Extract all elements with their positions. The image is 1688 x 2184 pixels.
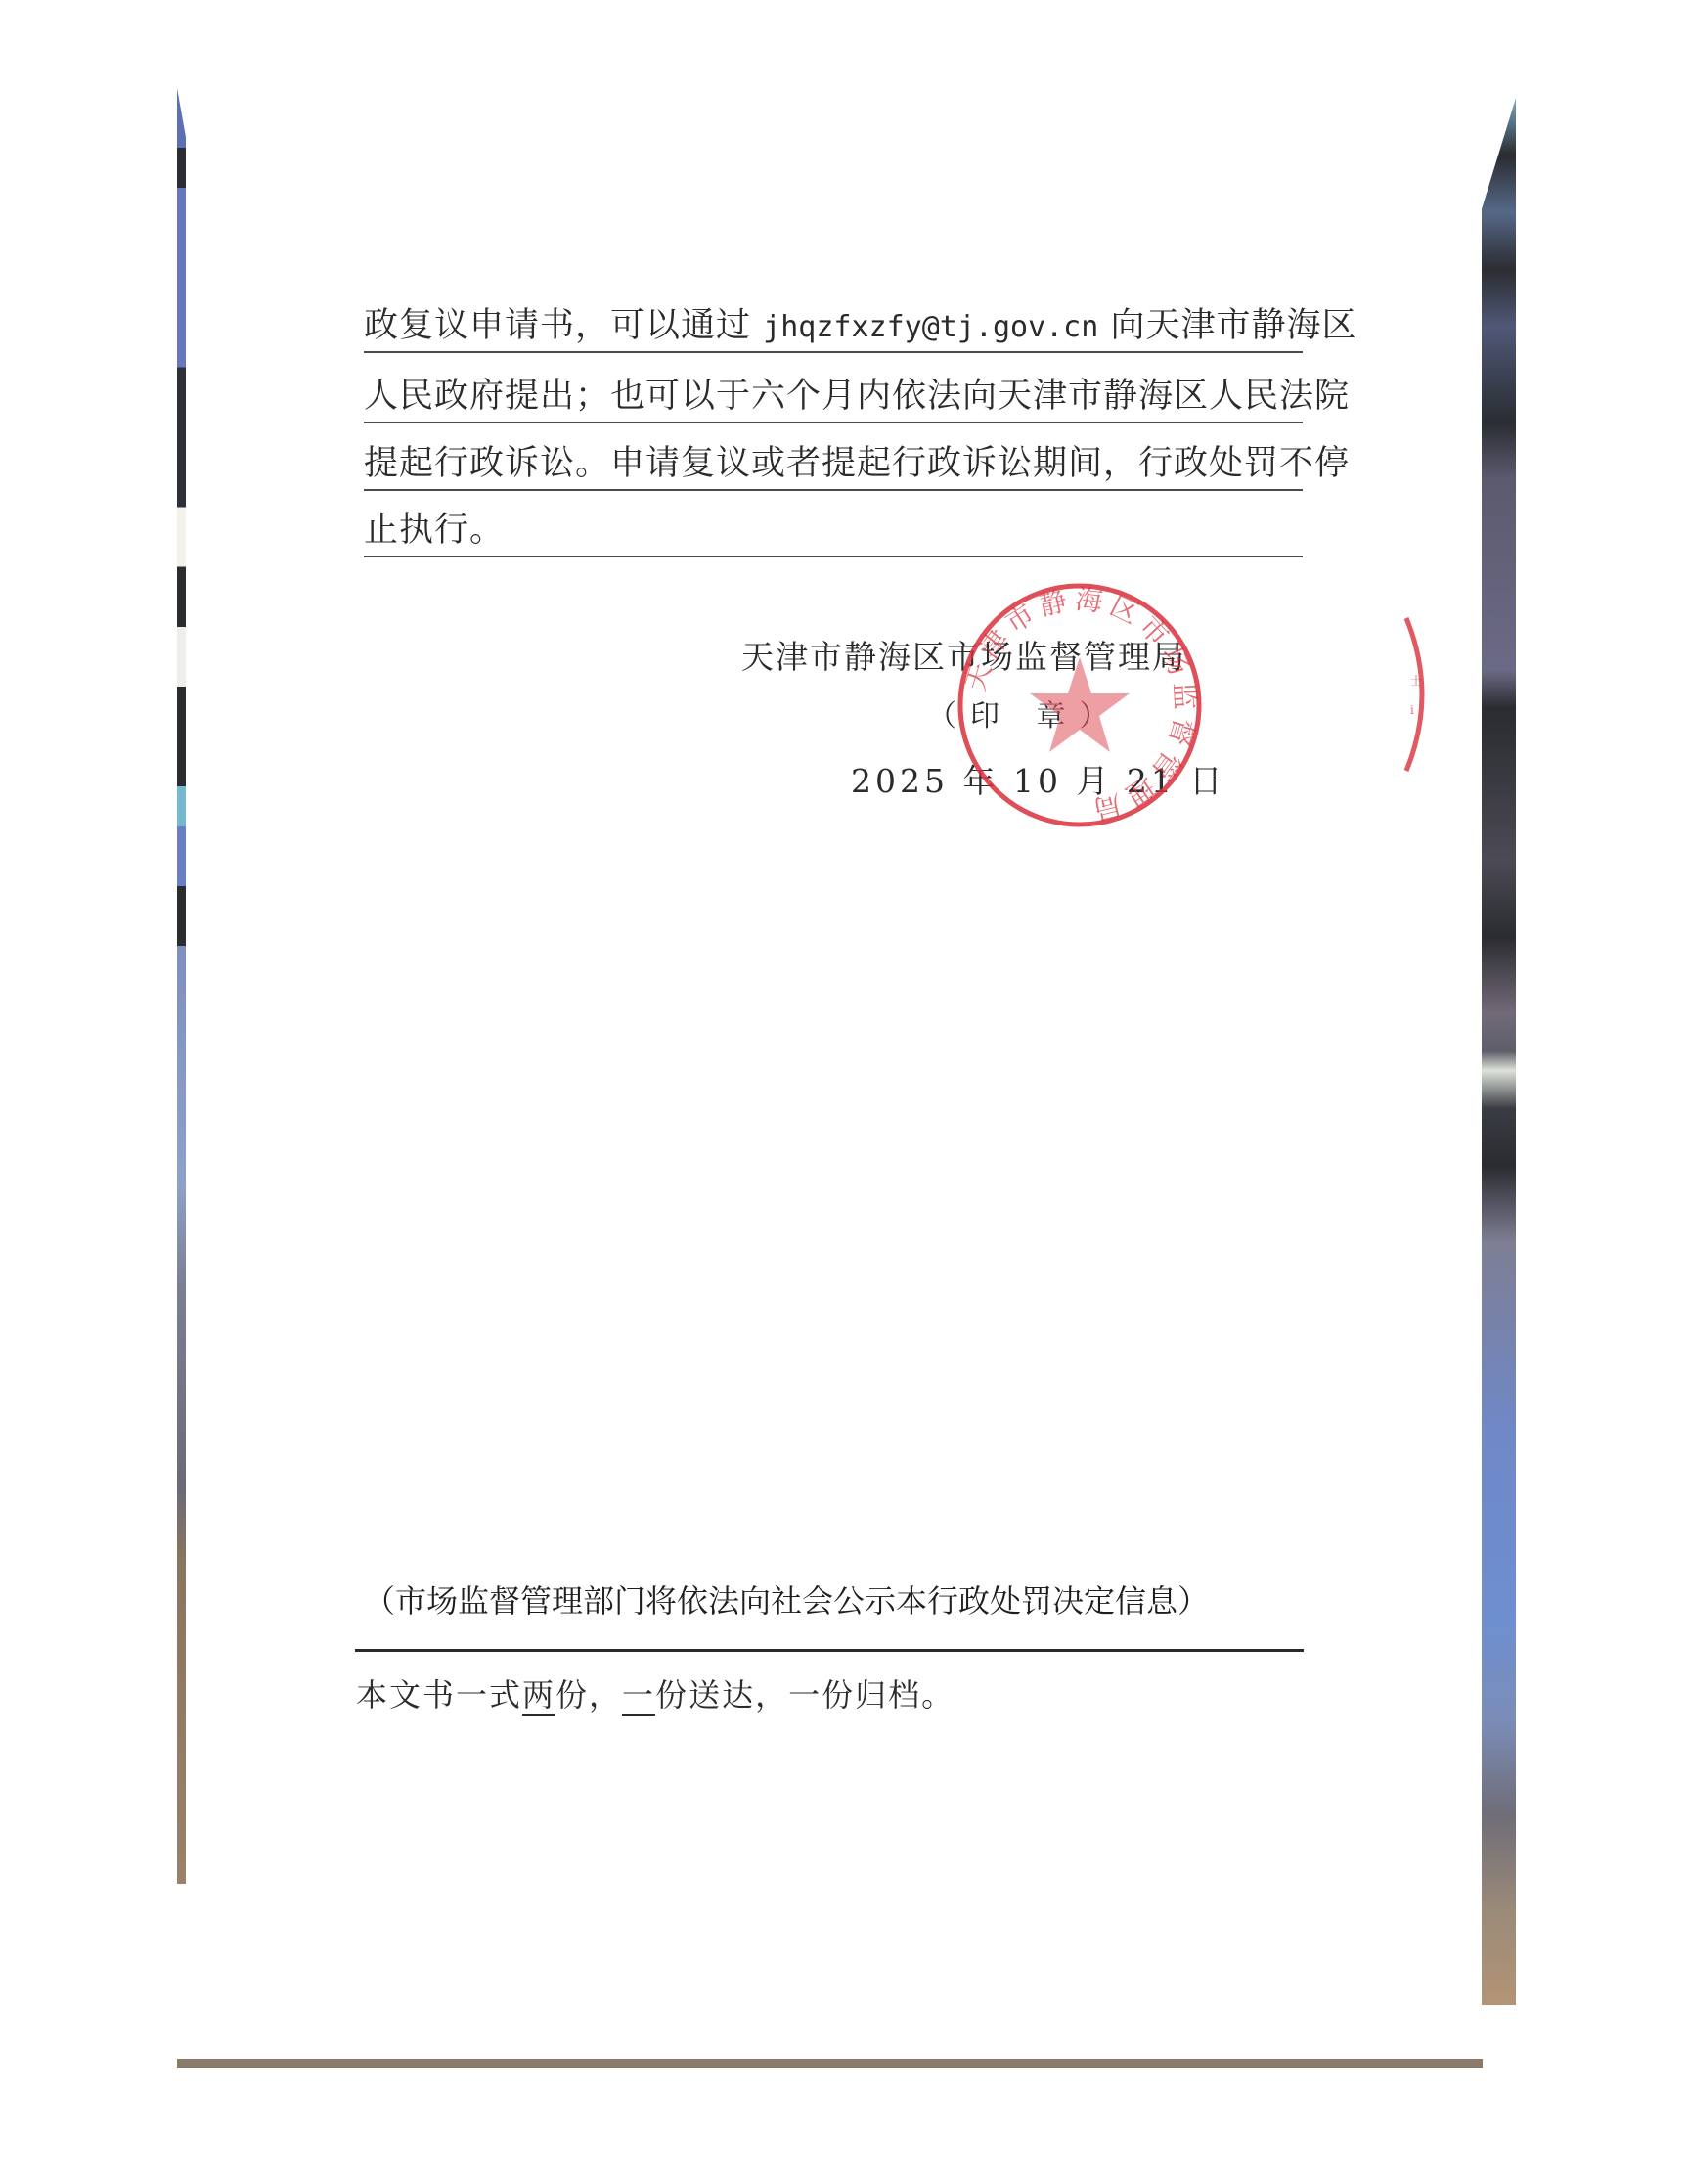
body-line-1-after: 向天津市静海区 bbox=[1098, 306, 1356, 345]
svg-text:士: 士 bbox=[1410, 674, 1422, 688]
body-line-3-text: 提起行政诉讼。申请复议或者提起行政诉讼期间，行政处罚不停 bbox=[364, 436, 1303, 491]
email-address: jhqzfxzfy@tj.gov.cn bbox=[763, 310, 1098, 344]
body-line-1-before: 政复议申请书，可以通过 bbox=[364, 306, 763, 345]
copies-note-part: 份送达，一份归档。 bbox=[655, 1676, 955, 1714]
svg-text:i: i bbox=[1410, 703, 1414, 717]
official-seal-stamp-icon: 天津市静海区市场监督管理局 bbox=[954, 579, 1206, 831]
copies-note: 本文书一式两份，一份送达，一份归档。 bbox=[356, 1671, 955, 1716]
copies-note-underlined: 两 bbox=[522, 1676, 555, 1716]
publicity-notice: （市场监督管理部门将依法向社会公示本行政处罚决定信息） bbox=[364, 1577, 1209, 1622]
body-line-1: 政复议申请书，可以通过 jhqzfxzfy@tj.gov.cn 向天津市静海区 bbox=[364, 298, 1303, 353]
copies-note-part: 份， bbox=[555, 1676, 622, 1714]
background-bottom-edge bbox=[177, 2059, 1483, 2068]
body-line-3: 提起行政诉讼。申请复议或者提起行政诉讼期间，行政处罚不停 bbox=[364, 436, 1303, 491]
body-line-2-text: 人民政府提出；也可以于六个月内依法向天津市静海区人民法院 bbox=[364, 369, 1303, 423]
copies-note-underlined: 一 bbox=[622, 1676, 655, 1716]
background-right-edge bbox=[1481, 98, 1516, 2005]
body-line-4: 止执行。 bbox=[364, 503, 1303, 557]
body-line-4-text: 止执行。 bbox=[364, 503, 1303, 557]
copies-note-part: 本文书一式 bbox=[356, 1676, 522, 1714]
partial-seal-edge-icon: 士 i bbox=[1399, 616, 1457, 773]
body-line-2: 人民政府提出；也可以于六个月内依法向天津市静海区人民法院 bbox=[364, 369, 1303, 423]
divider-line bbox=[355, 1649, 1304, 1652]
